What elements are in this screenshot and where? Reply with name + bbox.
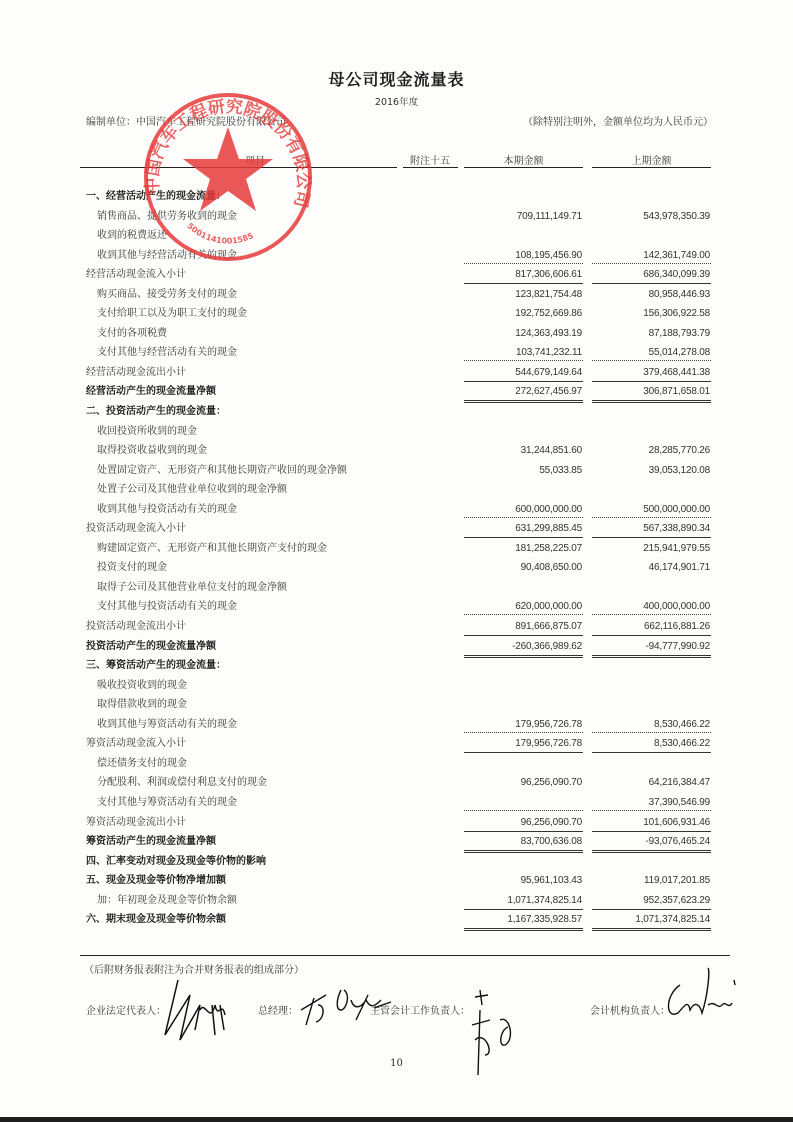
previous-amount: 567,338,890.34 <box>593 519 710 539</box>
table-row: 五、现金及现金等价物净增加额95,961,103.43119,017,201.8… <box>0 871 793 891</box>
header-item: 项目 <box>220 152 290 167</box>
dotted-rule <box>592 517 711 518</box>
row-label: 购买商品、接受劳务支付的现金 <box>97 285 237 305</box>
dotted-rule <box>464 732 583 733</box>
dotted-rule <box>592 263 711 264</box>
table-row: 购建固定资产、无形资产和其他长期资产支付的现金181,258,225.07215… <box>0 539 793 559</box>
row-label: 筹资活动现金流入小计 <box>86 734 186 754</box>
table-row: 取得子公司及其他营业单位支付的现金净额 <box>0 578 793 598</box>
accounting-head-label: 会计机构负责人： <box>590 1002 670 1017</box>
table-row: 购买商品、接受劳务支付的现金123,821,754.4880,958,446.9… <box>0 285 793 305</box>
double-rule <box>464 928 583 931</box>
general-manager-label: 总经理： <box>258 1002 298 1017</box>
dotted-rule <box>464 360 583 361</box>
unit-note: （除特别注明外，金额单位均为人民币元） <box>523 113 713 128</box>
table-row: 六、期末现金及现金等价物余额1,167,335,928.571,071,374,… <box>0 910 793 930</box>
scan-edge <box>0 1117 793 1122</box>
row-label: 取得子公司及其他营业单位支付的现金净额 <box>97 578 287 598</box>
row-label: 收到其他与经营活动有关的现金 <box>97 246 237 266</box>
row-label: 收到其他与投资活动有关的现金 <box>97 500 237 520</box>
current-amount: 90,408,650.00 <box>464 558 582 578</box>
current-amount: 55,033.85 <box>464 461 582 481</box>
previous-amount: 543,978,350.39 <box>593 207 710 227</box>
table-row: 处置子公司及其他营业单位收到的现金净额 <box>0 480 793 500</box>
previous-amount: 119,017,201.85 <box>593 871 710 891</box>
dotted-rule <box>464 614 583 615</box>
current-amount: 192,752,669.86 <box>464 304 582 324</box>
table-row: 销售商品、提供劳务收到的现金709,111,149.71543,978,350.… <box>0 207 793 227</box>
table-row: 经营活动产生的现金流量净额272,627,456.97306,871,658.0… <box>0 382 793 402</box>
header-current: 本期金额 <box>464 152 583 167</box>
table-row: 四、汇率变动对现金及现金等价物的影响 <box>0 852 793 872</box>
current-amount: 272,627,456.97 <box>464 382 582 402</box>
table-row: 支付给职工以及为职工支付的现金192,752,669.86156,306,922… <box>0 304 793 324</box>
previous-amount: 87,188,793.79 <box>593 324 710 344</box>
row-label: 取得投资收益收到的现金 <box>97 441 207 461</box>
table-row: 支付其他与投资活动有关的现金620,000,000.00400,000,000.… <box>0 597 793 617</box>
document-title: 母公司现金流量表 <box>0 67 793 90</box>
row-label: 经营活动现金流入小计 <box>86 265 186 285</box>
row-label: 收到的税费返还 <box>97 226 167 246</box>
row-label: 处置固定资产、无形资产和其他长期资产收回的现金净额 <box>97 461 347 481</box>
row-label: 处置子公司及其他营业单位收到的现金净额 <box>97 480 287 500</box>
footer-rule <box>80 955 730 956</box>
table-row: 二、投资活动产生的现金流量： <box>0 402 793 422</box>
current-amount: 123,821,754.48 <box>464 285 582 305</box>
table-row: 收到其他与筹资活动有关的现金179,956,726.788,530,466.22 <box>0 715 793 735</box>
current-amount: 181,258,225.07 <box>464 539 582 559</box>
table-row: 吸收投资收到的现金 <box>0 676 793 696</box>
row-label: 经营活动现金流出小计 <box>86 363 186 383</box>
row-label: 收回投资所收到的现金 <box>97 422 197 442</box>
current-amount: 83,700,636.08 <box>464 832 582 852</box>
dotted-rule <box>464 517 583 518</box>
previous-amount: 215,941,979.55 <box>593 539 710 559</box>
table-row: 投资支付的现金90,408,650.0046,174,901.71 <box>0 558 793 578</box>
table-row: 筹资活动现金流出小计96,256,090.70101,606,931.46 <box>0 813 793 833</box>
dotted-rule <box>464 810 583 811</box>
row-label: 六、期末现金及现金等价物余额 <box>86 910 226 930</box>
table-row: 经营活动现金流出小计544,679,149.64379,468,441.38 <box>0 363 793 383</box>
row-label: 一、经营活动产生的现金流量： <box>86 187 226 207</box>
dotted-rule <box>592 732 711 733</box>
row-label: 经营活动产生的现金流量净额 <box>86 382 216 402</box>
row-label: 投资支付的现金 <box>97 558 167 578</box>
previous-amount: 8,530,466.22 <box>593 734 710 754</box>
row-label: 五、现金及现金等价物净增加额 <box>86 871 226 891</box>
previous-amount: 952,357,623.29 <box>593 891 710 911</box>
current-amount: 124,363,493.19 <box>464 324 582 344</box>
previous-amount: -93,076,465.24 <box>593 832 710 852</box>
current-amount: 95,961,103.43 <box>464 871 582 891</box>
previous-amount: 39,053,120.08 <box>593 461 710 481</box>
row-label: 收到其他与筹资活动有关的现金 <box>97 715 237 735</box>
row-label: 投资活动产生的现金流量净额 <box>86 637 216 657</box>
current-amount: 1,071,374,825.14 <box>464 891 582 911</box>
row-label: 筹资活动产生的现金流量净额 <box>86 832 216 852</box>
table-row: 一、经营活动产生的现金流量： <box>0 187 793 207</box>
chief-accountant-label: 主管会计工作负责人： <box>370 1002 470 1017</box>
previous-amount: -94,777,990.92 <box>593 637 710 657</box>
current-amount: 891,666,875.07 <box>464 617 582 637</box>
row-label: 筹资活动现金流出小计 <box>86 813 186 833</box>
header-previous: 上期金额 <box>592 152 711 167</box>
current-amount: 96,256,090.70 <box>464 773 582 793</box>
previous-amount: 686,340,099.39 <box>593 265 710 285</box>
double-rule <box>592 928 711 931</box>
header-rule-item <box>80 167 397 168</box>
header-rule-previous <box>592 167 711 168</box>
table-row: 加：年初现金及现金等价物余额1,071,374,825.14952,357,62… <box>0 891 793 911</box>
row-label: 分配股利、利润或偿付利息支付的现金 <box>97 773 267 793</box>
row-label: 吸收投资收到的现金 <box>97 676 187 696</box>
company-label: 编制单位：中国汽车工程研究院股份有限公司 <box>86 113 286 128</box>
accounting-head-signature <box>660 965 740 1025</box>
row-label: 投资活动现金流出小计 <box>86 617 186 637</box>
previous-amount: 306,871,658.01 <box>593 382 710 402</box>
current-amount: 96,256,090.70 <box>464 813 582 833</box>
legal-rep-signature <box>160 975 230 1045</box>
legal-rep-label: 企业法定代表人： <box>86 1002 166 1017</box>
table-row: 收到其他与经营活动有关的现金108,195,456.90142,361,749.… <box>0 246 793 266</box>
table-row: 支付其他与经营活动有关的现金103,741,232.1155,014,278.0… <box>0 343 793 363</box>
table-row: 支付的各项税费124,363,493.1987,188,793.79 <box>0 324 793 344</box>
table-row: 经营活动现金流入小计817,306,606.61686,340,099.39 <box>0 265 793 285</box>
current-amount: 31,244,851.60 <box>464 441 582 461</box>
cash-flow-table: 一、经营活动产生的现金流量：销售商品、提供劳务收到的现金709,111,149.… <box>0 187 793 930</box>
table-row: 分配股利、利润或偿付利息支付的现金96,256,090.7064,216,384… <box>0 773 793 793</box>
row-label: 投资活动现金流入小计 <box>86 519 186 539</box>
previous-amount: 101,606,931.46 <box>593 813 710 833</box>
table-row: 收到其他与投资活动有关的现金600,000,000.00500,000,000.… <box>0 500 793 520</box>
table-row: 筹资活动产生的现金流量净额83,700,636.08-93,076,465.24 <box>0 832 793 852</box>
row-label: 支付给职工以及为职工支付的现金 <box>97 304 247 324</box>
row-label: 购建固定资产、无形资产和其他长期资产支付的现金 <box>97 539 327 559</box>
table-row: 投资活动现金流入小计631,299,885.45567,338,890.34 <box>0 519 793 539</box>
row-label: 偿还债务支付的现金 <box>97 754 187 774</box>
header-note: 附注十五 <box>402 152 458 167</box>
row-label: 支付其他与投资活动有关的现金 <box>97 597 237 617</box>
page-number: 10 <box>0 1058 793 1069</box>
table-row: 取得投资收益收到的现金31,244,851.6028,285,770.26 <box>0 441 793 461</box>
table-row: 取得借款收到的现金 <box>0 695 793 715</box>
current-amount: 631,299,885.45 <box>464 519 582 539</box>
previous-amount: 379,468,441.38 <box>593 363 710 383</box>
header-rule-note <box>403 167 458 168</box>
previous-amount: 662,116,881.26 <box>593 617 710 637</box>
table-row: 投资活动现金流出小计891,666,875.07662,116,881.26 <box>0 617 793 637</box>
table-row: 处置固定资产、无形资产和其他长期资产收回的现金净额55,033.8539,053… <box>0 461 793 481</box>
current-amount: 544,679,149.64 <box>464 363 582 383</box>
table-row: 投资活动产生的现金流量净额-260,366,989.62-94,777,990.… <box>0 637 793 657</box>
dotted-rule <box>592 810 711 811</box>
row-label: 加：年初现金及现金等价物余额 <box>97 891 237 911</box>
row-label: 三、筹资活动产生的现金流量： <box>86 656 226 676</box>
current-amount: -260,366,989.62 <box>464 637 582 657</box>
table-row: 收回投资所收到的现金 <box>0 422 793 442</box>
row-label: 四、汇率变动对现金及现金等价物的影响 <box>86 852 266 872</box>
previous-amount: 46,174,901.71 <box>593 558 710 578</box>
current-amount: 1,167,335,928.57 <box>464 910 582 930</box>
previous-amount: 64,216,384.47 <box>593 773 710 793</box>
row-label: 支付其他与筹资活动有关的现金 <box>97 793 237 813</box>
footnote: （后附财务报表附注为合并财务报表的组成部分） <box>84 961 304 976</box>
header-rule-current <box>464 167 583 168</box>
table-row: 收到的税费返还 <box>0 226 793 246</box>
row-label: 支付其他与经营活动有关的现金 <box>97 343 237 363</box>
row-label: 支付的各项税费 <box>97 324 167 344</box>
current-amount: 817,306,606.61 <box>464 265 582 285</box>
previous-amount: 1,071,374,825.14 <box>593 910 710 930</box>
table-row: 筹资活动现金流入小计179,956,726.788,530,466.22 <box>0 734 793 754</box>
report-period: 2016年度 <box>0 94 793 108</box>
current-amount: 709,111,149.71 <box>464 207 582 227</box>
table-row: 支付其他与筹资活动有关的现金37,390,546.99 <box>0 793 793 813</box>
previous-amount: 28,285,770.26 <box>593 441 710 461</box>
previous-amount: 80,958,446.93 <box>593 285 710 305</box>
table-row: 三、筹资活动产生的现金流量： <box>0 656 793 676</box>
dotted-rule <box>592 360 711 361</box>
current-amount: 179,956,726.78 <box>464 734 582 754</box>
previous-amount: 156,306,922.58 <box>593 304 710 324</box>
row-label: 销售商品、提供劳务收到的现金 <box>97 207 237 227</box>
row-label: 取得借款收到的现金 <box>97 695 187 715</box>
table-row: 偿还债务支付的现金 <box>0 754 793 774</box>
row-label: 二、投资活动产生的现金流量： <box>86 402 226 422</box>
dotted-rule <box>592 614 711 615</box>
dotted-rule <box>464 263 583 264</box>
